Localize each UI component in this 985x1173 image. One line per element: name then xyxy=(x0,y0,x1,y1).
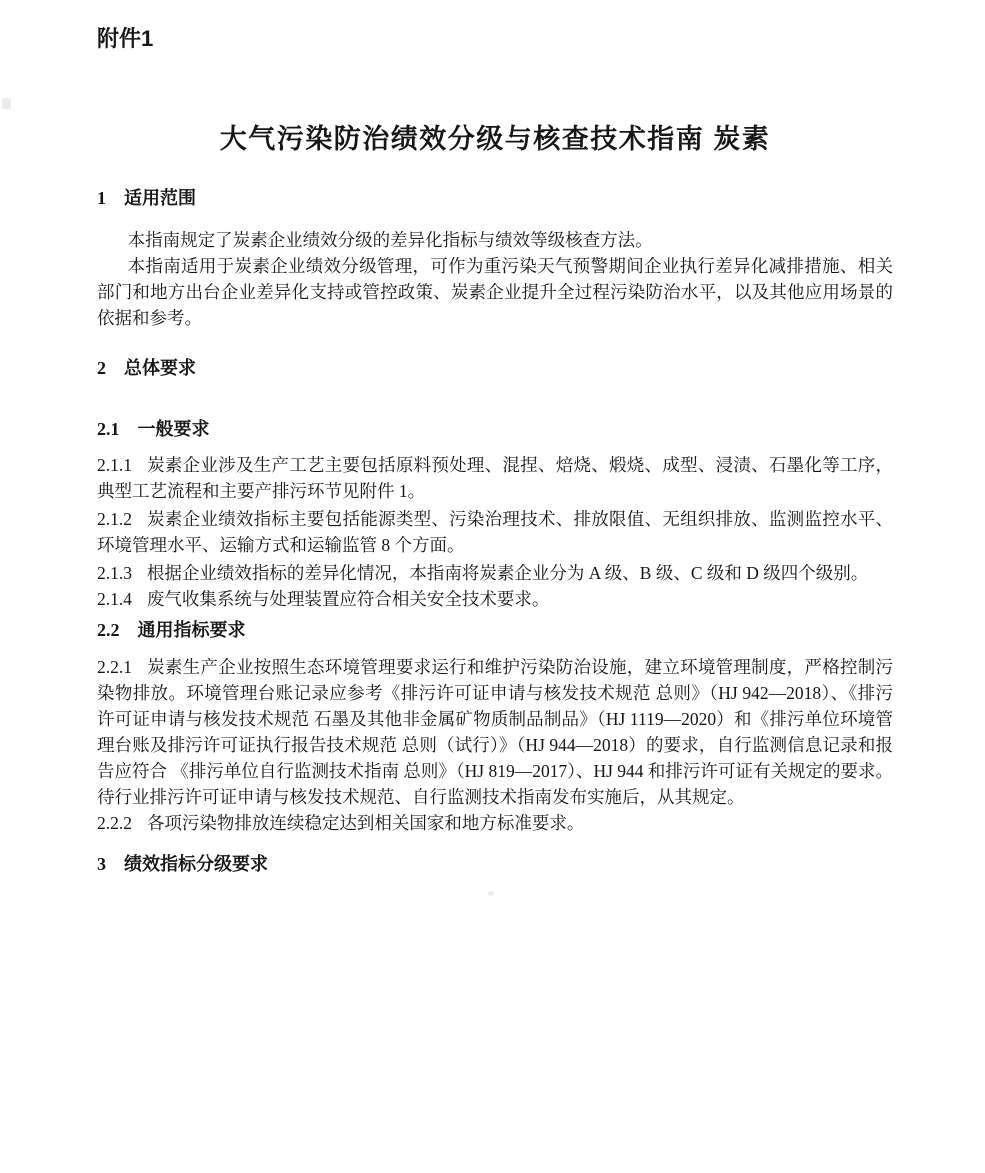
section-2-2-title: 通用指标要求 xyxy=(138,620,246,640)
section-2-number: 2 xyxy=(97,358,106,378)
section-2-2-number: 2.2 xyxy=(97,620,120,640)
attachment-label: 附件1 xyxy=(97,26,893,52)
section-3-number: 3 xyxy=(97,854,106,874)
document-content: 附件1 大气污染防治绩效分级与核查技术指南 炭素 1适用范围 本指南规定了炭素企… xyxy=(97,0,893,876)
clause-2-1-2-text: 炭素企业绩效指标主要包括能源类型、污染治理技术、排放限值、无组织排放、监测监控水… xyxy=(97,509,893,555)
section-3-heading: 3绩效指标分级要求 xyxy=(97,852,893,876)
section-1-paragraph-1: 本指南规定了炭素企业绩效分级的差异化指标与绩效等级核查方法。 xyxy=(97,227,893,253)
section-1-number: 1 xyxy=(97,188,106,208)
section-2-heading: 2总体要求 xyxy=(97,356,893,380)
clause-2-2-2: 2.2.2各项污染物排放连续稳定达到相关国家和地方标准要求。 xyxy=(97,810,893,836)
section-2-1-heading: 2.1一般要求 xyxy=(97,417,893,441)
section-2-title: 总体要求 xyxy=(124,358,196,378)
clause-2-1-2: 2.1.2炭素企业绩效指标主要包括能源类型、污染治理技术、排放限值、无组织排放、… xyxy=(97,506,893,558)
section-1-heading: 1适用范围 xyxy=(97,186,893,210)
clause-2-1-4-number: 2.1.4 xyxy=(97,589,132,609)
clause-2-1-4: 2.1.4废气收集系统与处理装置应符合相关安全技术要求。 xyxy=(97,586,893,612)
clause-2-1-2-number: 2.1.2 xyxy=(97,509,132,529)
clause-2-1-3-number: 2.1.3 xyxy=(97,563,132,583)
document-title: 大气污染防治绩效分级与核查技术指南 炭素 xyxy=(97,122,893,156)
clause-2-1-3-text: 根据企业绩效指标的差异化情况，本指南将炭素企业分为 A 级、B 级、C 级和 D… xyxy=(147,563,868,583)
clause-2-1-1: 2.1.1炭素企业涉及生产工艺主要包括原料预处理、混捏、焙烧、煅烧、成型、浸渍、… xyxy=(97,452,893,504)
clause-2-1-1-text: 炭素企业涉及生产工艺主要包括原料预处理、混捏、焙烧、煅烧、成型、浸渍、石墨化等工… xyxy=(97,455,893,501)
clause-2-2-1: 2.2.1炭素生产企业按照生态环境管理要求运行和维护污染防治设施，建立环境管理制… xyxy=(97,654,893,810)
section-3-title: 绩效指标分级要求 xyxy=(124,854,268,874)
section-1-title: 适用范围 xyxy=(124,188,196,208)
document-page: 附件1 大气污染防治绩效分级与核查技术指南 炭素 1适用范围 本指南规定了炭素企… xyxy=(0,0,985,1173)
scan-artifact xyxy=(2,98,11,109)
clause-2-2-2-text: 各项污染物排放连续稳定达到相关国家和地方标准要求。 xyxy=(147,813,585,833)
clause-2-2-1-text: 炭素生产企业按照生态环境管理要求运行和维护污染防治设施，建立环境管理制度，严格控… xyxy=(97,657,893,807)
clause-2-1-3: 2.1.3根据企业绩效指标的差异化情况，本指南将炭素企业分为 A 级、B 级、C… xyxy=(97,560,893,586)
scan-artifact xyxy=(488,891,494,896)
section-2-1-title: 一般要求 xyxy=(138,419,210,439)
clause-2-2-1-number: 2.2.1 xyxy=(97,657,132,677)
clause-2-1-1-number: 2.1.1 xyxy=(97,455,132,475)
section-1-paragraph-2: 本指南适用于炭素企业绩效分级管理，可作为重污染天气预警期间企业执行差异化减排措施… xyxy=(97,253,893,331)
section-2-1-number: 2.1 xyxy=(97,419,120,439)
clause-2-2-2-number: 2.2.2 xyxy=(97,813,132,833)
clause-2-1-4-text: 废气收集系统与处理装置应符合相关安全技术要求。 xyxy=(147,589,550,609)
section-2-2-heading: 2.2通用指标要求 xyxy=(97,618,893,642)
